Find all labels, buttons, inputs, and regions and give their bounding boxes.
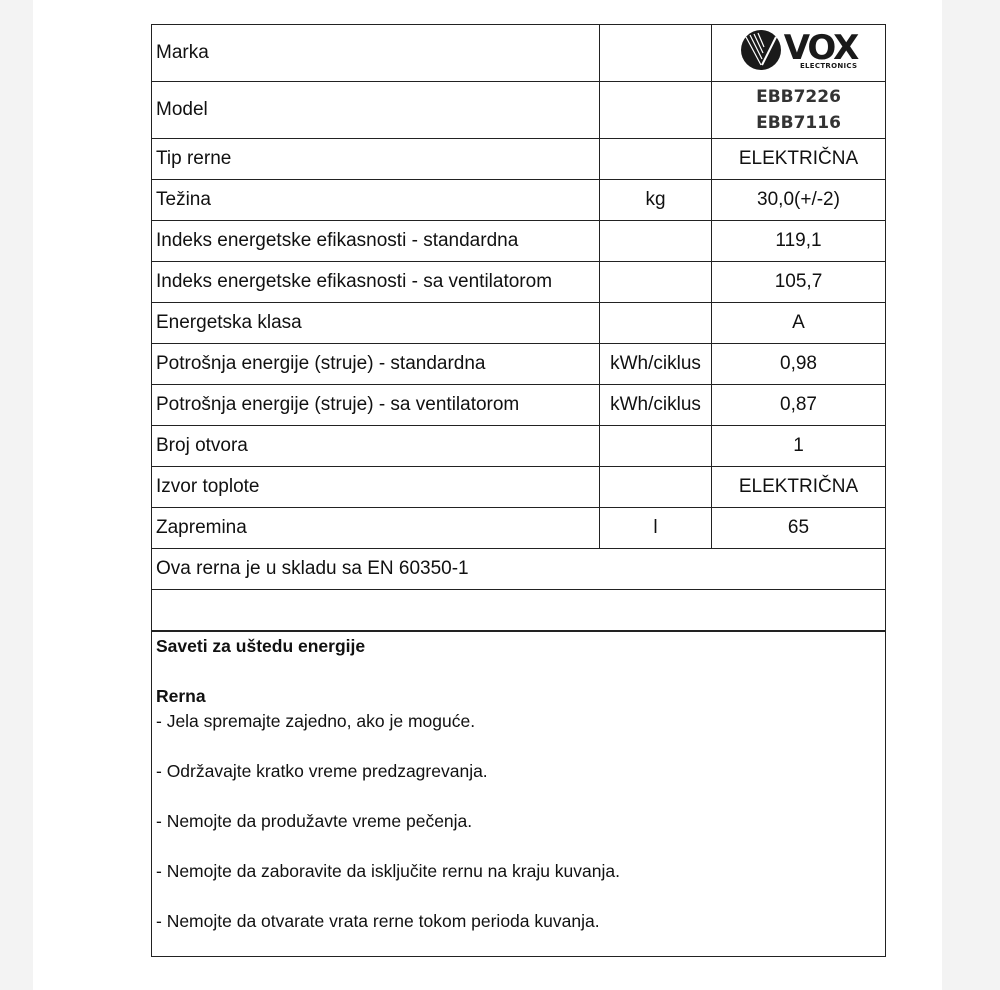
row-label: Potrošnja energije (struje) - sa ventila… <box>152 385 600 426</box>
row-unit: kWh/ciklus <box>600 344 712 385</box>
row-label: Potrošnja energije (struje) - standardna <box>152 344 600 385</box>
tip-item: - Nemojte da otvarate vrata rerne tokom … <box>156 909 881 934</box>
row-unit <box>600 221 712 262</box>
brand-logo-cell: VOX ELECTRONICS <box>712 25 886 82</box>
row-unit: kg <box>600 180 712 221</box>
logo-wordmark: VOX <box>784 31 858 65</box>
row-label: Broj otvora <box>152 426 600 467</box>
row-value: 119,1 <box>712 221 886 262</box>
spec-table: Marka <box>152 25 885 631</box>
table-row: Tip rerne ELEKTRIČNA <box>152 139 885 180</box>
row-value: 105,7 <box>712 262 886 303</box>
row-value: 0,87 <box>712 385 886 426</box>
row-unit <box>600 139 712 180</box>
row-unit <box>600 426 712 467</box>
tip-item: - Jela spremajte zajedno, ako je moguće. <box>156 709 881 734</box>
compliance-row: Ova rerna je u skladu sa EN 60350-1 <box>152 549 885 590</box>
document-page: Marka <box>33 0 942 990</box>
row-label: Energetska klasa <box>152 303 600 344</box>
row-unit <box>600 25 712 82</box>
row-label: Model <box>152 82 600 139</box>
row-value: ELEKTRIČNA <box>712 139 886 180</box>
table-row: Težina kg 30,0(+/-2) <box>152 180 885 221</box>
row-unit <box>600 82 712 139</box>
tips-subheading: Rerna <box>156 684 881 709</box>
row-label: Izvor toplote <box>152 467 600 508</box>
row-label: Zapremina <box>152 508 600 549</box>
product-info-sheet: Marka <box>151 24 886 957</box>
row-value: 65 <box>712 508 886 549</box>
tip-item: - Nemojte da produžavte vreme pečenja. <box>156 809 881 834</box>
table-row: Potrošnja energije (struje) - standardna… <box>152 344 885 385</box>
compliance-note: Ova rerna je u skladu sa EN 60350-1 <box>152 549 885 590</box>
row-unit <box>600 262 712 303</box>
row-label: Indeks energetske efikasnosti - standard… <box>152 221 600 262</box>
vox-logo: VOX ELECTRONICS <box>740 29 858 71</box>
table-row: Broj otvora 1 <box>152 426 885 467</box>
row-unit <box>600 467 712 508</box>
tips-heading: Saveti za uštedu energije <box>156 634 881 659</box>
table-row: Model EBB7226 EBB7116 <box>152 82 885 139</box>
vox-emblem-icon <box>740 29 782 71</box>
row-label: Tip rerne <box>152 139 600 180</box>
table-row: Potrošnja energije (struje) - sa ventila… <box>152 385 885 426</box>
row-value: A <box>712 303 886 344</box>
blank-cell <box>152 590 885 631</box>
row-label: Težina <box>152 180 600 221</box>
row-value: 0,98 <box>712 344 886 385</box>
logo-subtext: ELECTRONICS <box>800 63 857 70</box>
row-value: 1 <box>712 426 886 467</box>
row-unit: kWh/ciklus <box>600 385 712 426</box>
model-number: EBB7226 <box>716 84 881 110</box>
table-row: Izvor toplote ELEKTRIČNA <box>152 467 885 508</box>
row-value: 30,0(+/-2) <box>712 180 886 221</box>
model-value: EBB7226 EBB7116 <box>712 82 886 139</box>
tip-item: - Održavajte kratko vreme predzagrevanja… <box>156 759 881 784</box>
row-unit: l <box>600 508 712 549</box>
table-row: Indeks energetske efikasnosti - standard… <box>152 221 885 262</box>
table-row: Zapremina l 65 <box>152 508 885 549</box>
row-label: Indeks energetske efikasnosti - sa venti… <box>152 262 600 303</box>
row-unit <box>600 303 712 344</box>
blank-row <box>152 590 885 631</box>
tip-item: - Nemojte da zaboravite da isključite re… <box>156 859 881 884</box>
row-label: Marka <box>152 25 600 82</box>
table-row: Marka <box>152 25 885 82</box>
table-row: Indeks energetske efikasnosti - sa venti… <box>152 262 885 303</box>
table-row: Energetska klasa A <box>152 303 885 344</box>
row-value: ELEKTRIČNA <box>712 467 886 508</box>
energy-saving-tips: Saveti za uštedu energije Rerna - Jela s… <box>152 631 885 956</box>
model-number: EBB7116 <box>716 110 881 136</box>
